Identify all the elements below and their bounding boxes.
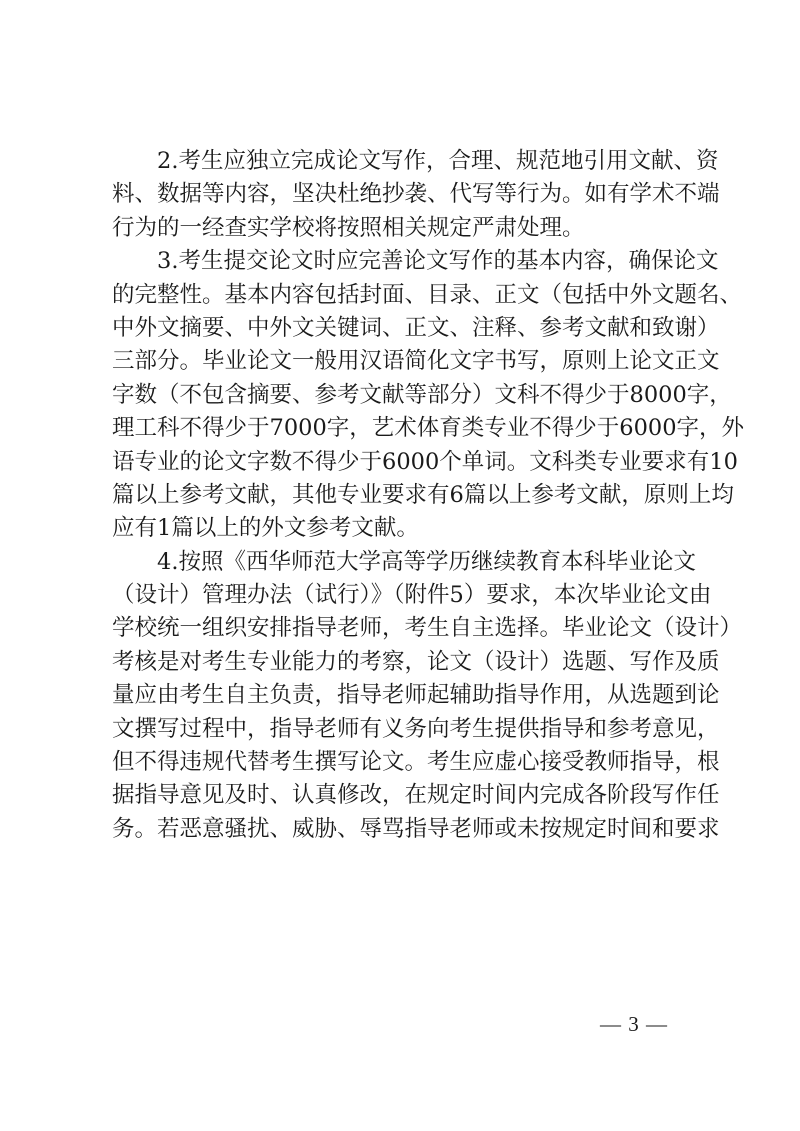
text-line: 考核是对考生专业能力的考察，论文（设计）选题、写作及质: [112, 646, 692, 679]
text-line: 4.按照《西华师范大学高等学历继续教育本科毕业论文: [112, 546, 692, 579]
text-line: 学校统一组织安排指导老师，考生自主选择。毕业论文（设计）: [112, 612, 692, 645]
text-line: 文撰写过程中，指导老师有义务向考生提供指导和参考意见，: [112, 713, 692, 746]
text-line: 语专业的论文字数不得少于6000个单词。文科类专业要求有10: [112, 446, 692, 479]
text-line: 行为的一经查实学校将按照相关规定严肃处理。: [112, 212, 692, 245]
document-body: 2.考生应独立完成论文写作，合理、规范地引用文献、资 料、数据等内容，坚决杜绝抄…: [112, 145, 692, 846]
text-line: 字数（不包含摘要、参考文献等部分）文科不得少于8000字，: [112, 379, 692, 412]
text-line: 务。若恶意骚扰、威胁、辱骂指导老师或未按规定时间和要求: [112, 813, 692, 846]
text-line: 但不得违规代替考生撰写论文。考生应虚心接受教师指导，根: [112, 746, 692, 779]
paragraph-2: 2.考生应独立完成论文写作，合理、规范地引用文献、资 料、数据等内容，坚决杜绝抄…: [112, 145, 692, 245]
text-line: 据指导意见及时、认真修改，在规定时间内完成各阶段写作任: [112, 779, 692, 812]
text-line: 料、数据等内容，坚决杜绝抄袭、代写等行为。如有学术不端: [112, 178, 692, 211]
page-number: — 3 —: [600, 1012, 668, 1037]
text-line: 应有1篇以上的外文参考文献。: [112, 512, 692, 545]
paragraph-3: 3.考生提交论文时应完善论文写作的基本内容，确保论文 的完整性。基本内容包括封面…: [112, 245, 692, 546]
text-line: 三部分。毕业论文一般用汉语简化文字书写，原则上论文正文: [112, 345, 692, 378]
text-line: 理工科不得少于7000字，艺术体育类专业不得少于6000字，外: [112, 412, 692, 445]
paragraph-4: 4.按照《西华师范大学高等学历继续教育本科毕业论文 （设计）管理办法（试行）》（…: [112, 546, 692, 847]
text-line: 量应由考生自主负责，指导老师起辅助指导作用，从选题到论: [112, 679, 692, 712]
text-line: 的完整性。基本内容包括封面、目录、正文（包括中外文题名、: [112, 279, 692, 312]
text-line: 中外文摘要、中外文关键词、正文、注释、参考文献和致谢）: [112, 312, 692, 345]
text-line: 篇以上参考文献，其他专业要求有6篇以上参考文献，原则上均: [112, 479, 692, 512]
text-line: （设计）管理办法（试行）》（附件5）要求，本次毕业论文由: [112, 579, 692, 612]
text-line: 3.考生提交论文时应完善论文写作的基本内容，确保论文: [112, 245, 692, 278]
text-line: 2.考生应独立完成论文写作，合理、规范地引用文献、资: [112, 145, 692, 178]
